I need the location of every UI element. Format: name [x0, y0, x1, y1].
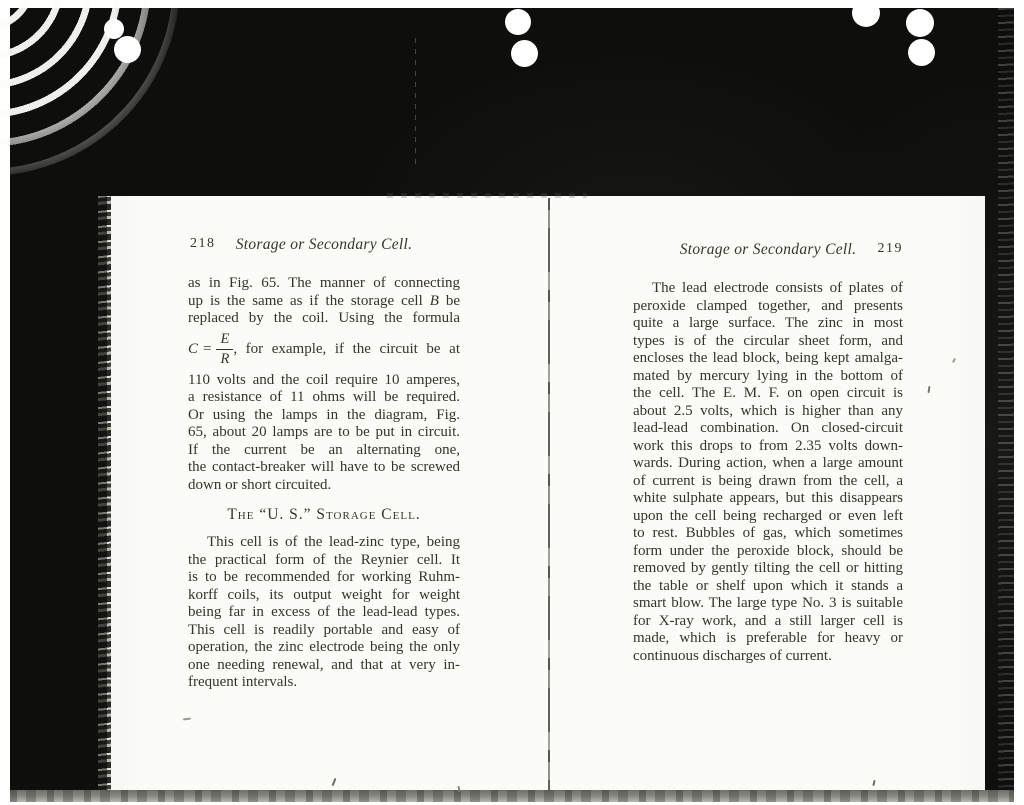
text-line: replaced by the coil. Using the formula — [188, 310, 460, 328]
formula-lhs: C — [188, 341, 198, 358]
text-line: up is the same as if the storage cell B … — [188, 293, 460, 311]
left-page-number: 218 — [190, 236, 216, 252]
text-line: is to be recommended for working Ruhm- — [188, 569, 460, 587]
text-line: mated by mercury lying in the bottom of — [633, 368, 903, 386]
text-line: down or short circuited. — [188, 477, 460, 495]
text-line: encloses the lead block, being kept amal… — [633, 350, 903, 368]
scan-bottom-edge-strip — [10, 790, 1014, 802]
text-line: korff coils, its output weight for weigh… — [188, 587, 460, 605]
text-line: upon the cell being recharged or even le… — [633, 508, 903, 526]
page-top-smudge — [387, 193, 587, 198]
punch-hole — [511, 40, 538, 67]
page-gutter — [548, 198, 550, 790]
text-line: work this drops to from 2.35 volts down- — [633, 438, 903, 456]
punch-hole — [908, 39, 935, 66]
text-line: operation, the zinc electrode being the … — [188, 639, 460, 657]
text-line: frequent intervals. — [188, 674, 460, 692]
text-line: the practical form of the Reynier cell. … — [188, 552, 460, 570]
paragraph: 110 volts and the coil require 10 ampere… — [188, 372, 460, 495]
formula-equals: = — [203, 341, 211, 358]
text-line: peroxide clamped together, and presents — [633, 298, 903, 316]
right-page: Storage or Secondary Cell. 219 The lead … — [633, 241, 903, 665]
text-line: for X-ray work, and a still larger cell … — [633, 613, 903, 631]
paragraph: This cell is of the lead-zinc type, bein… — [188, 534, 460, 692]
scan-artifact-corner-stripes — [0, 0, 250, 200]
text-line: lead-lead combination. On closed-circuit — [633, 420, 903, 438]
text-line: 110 volts and the coil require 10 ampere… — [188, 372, 460, 390]
text-line: types is of the circular sheet form, and — [633, 333, 903, 351]
text-line: the contact-breaker will have to be scre… — [188, 459, 460, 477]
left-running-title: Storage or Secondary Cell. — [188, 236, 460, 254]
text-line: the table or shelf upon which it stands … — [633, 578, 903, 596]
left-page-header: 218 Storage or Secondary Cell. — [188, 236, 460, 254]
scanned-book-screenshot: { "colors": { "scan_bg": "#0e0e0c", "pag… — [0, 0, 1024, 805]
punch-hole — [114, 36, 141, 63]
text-line: to rest. Bubbles of gas, which sometimes — [633, 525, 903, 543]
text-line: form under the peroxide block, should be — [633, 543, 903, 561]
formula-line: C = E R , for example, if the circuit be… — [188, 328, 460, 372]
text-line: wards. During action, when a large amoun… — [633, 455, 903, 473]
fraction-numerator: E — [216, 331, 233, 350]
text-line: of current is being drawn from the cell,… — [633, 473, 903, 491]
book-spread: 218 Storage or Secondary Cell. as in Fig… — [107, 196, 985, 790]
right-page-header: Storage or Secondary Cell. 219 — [633, 241, 903, 259]
text-line: the cell. The E. M. F. on open circuit i… — [633, 385, 903, 403]
text-line: being far in excess of the lead-lead typ… — [188, 604, 460, 622]
text-line: This cell is of the lead-zinc type, bein… — [188, 534, 460, 552]
punch-hole — [852, 0, 880, 27]
text-line: The lead electrode consists of plates of — [633, 280, 903, 298]
right-running-title: Storage or Secondary Cell. — [633, 241, 903, 259]
text-line: as in Fig. 65. The manner of connecting — [188, 275, 460, 293]
paragraph: The lead electrode consists of plates of… — [633, 280, 903, 665]
text-line: smart blow. The large type No. 3 is suit… — [633, 595, 903, 613]
fraction-denominator: R — [216, 350, 233, 368]
text-line: white sulphate appears, but this disappe… — [633, 490, 903, 508]
punch-hole — [505, 9, 531, 35]
punch-hole — [906, 9, 934, 37]
text-line: a resistance of 11 ohms will be required… — [188, 389, 460, 407]
paragraph: as in Fig. 65. The manner of connectingu… — [188, 275, 460, 328]
text-line: quite a large surface. The zinc in most — [633, 315, 903, 333]
text-line: 65, about 20 lamps are to be put in circ… — [188, 424, 460, 442]
punch-hole — [104, 19, 124, 39]
scan-right-edge-noise — [998, 8, 1014, 790]
left-page: 218 Storage or Secondary Cell. as in Fig… — [188, 236, 460, 692]
formula-fraction: E R — [216, 331, 233, 367]
formula-rest-text: , for example, if the circuit be at — [233, 341, 460, 358]
text-line: Or using the lamps in the diagram, Fig. — [188, 407, 460, 425]
text-line: made, which is preferable for heavy or — [633, 630, 903, 648]
text-line: one needing renewal, and that at very in… — [188, 657, 460, 675]
text-line: continuous discharges of current. — [633, 648, 903, 666]
right-page-number: 219 — [878, 241, 904, 257]
page-edge-texture — [98, 196, 111, 790]
text-line: about 2.5 volts, which is higher than an… — [633, 403, 903, 421]
scan-scratch-line — [415, 38, 416, 170]
text-line: This cell is readily portable and easy o… — [188, 622, 460, 640]
text-line: removed by gently tilting the cell or hi… — [633, 560, 903, 578]
text-line: If the current be an alternating one, — [188, 442, 460, 460]
section-heading: The “U. S.” Storage Cell. — [188, 506, 460, 524]
